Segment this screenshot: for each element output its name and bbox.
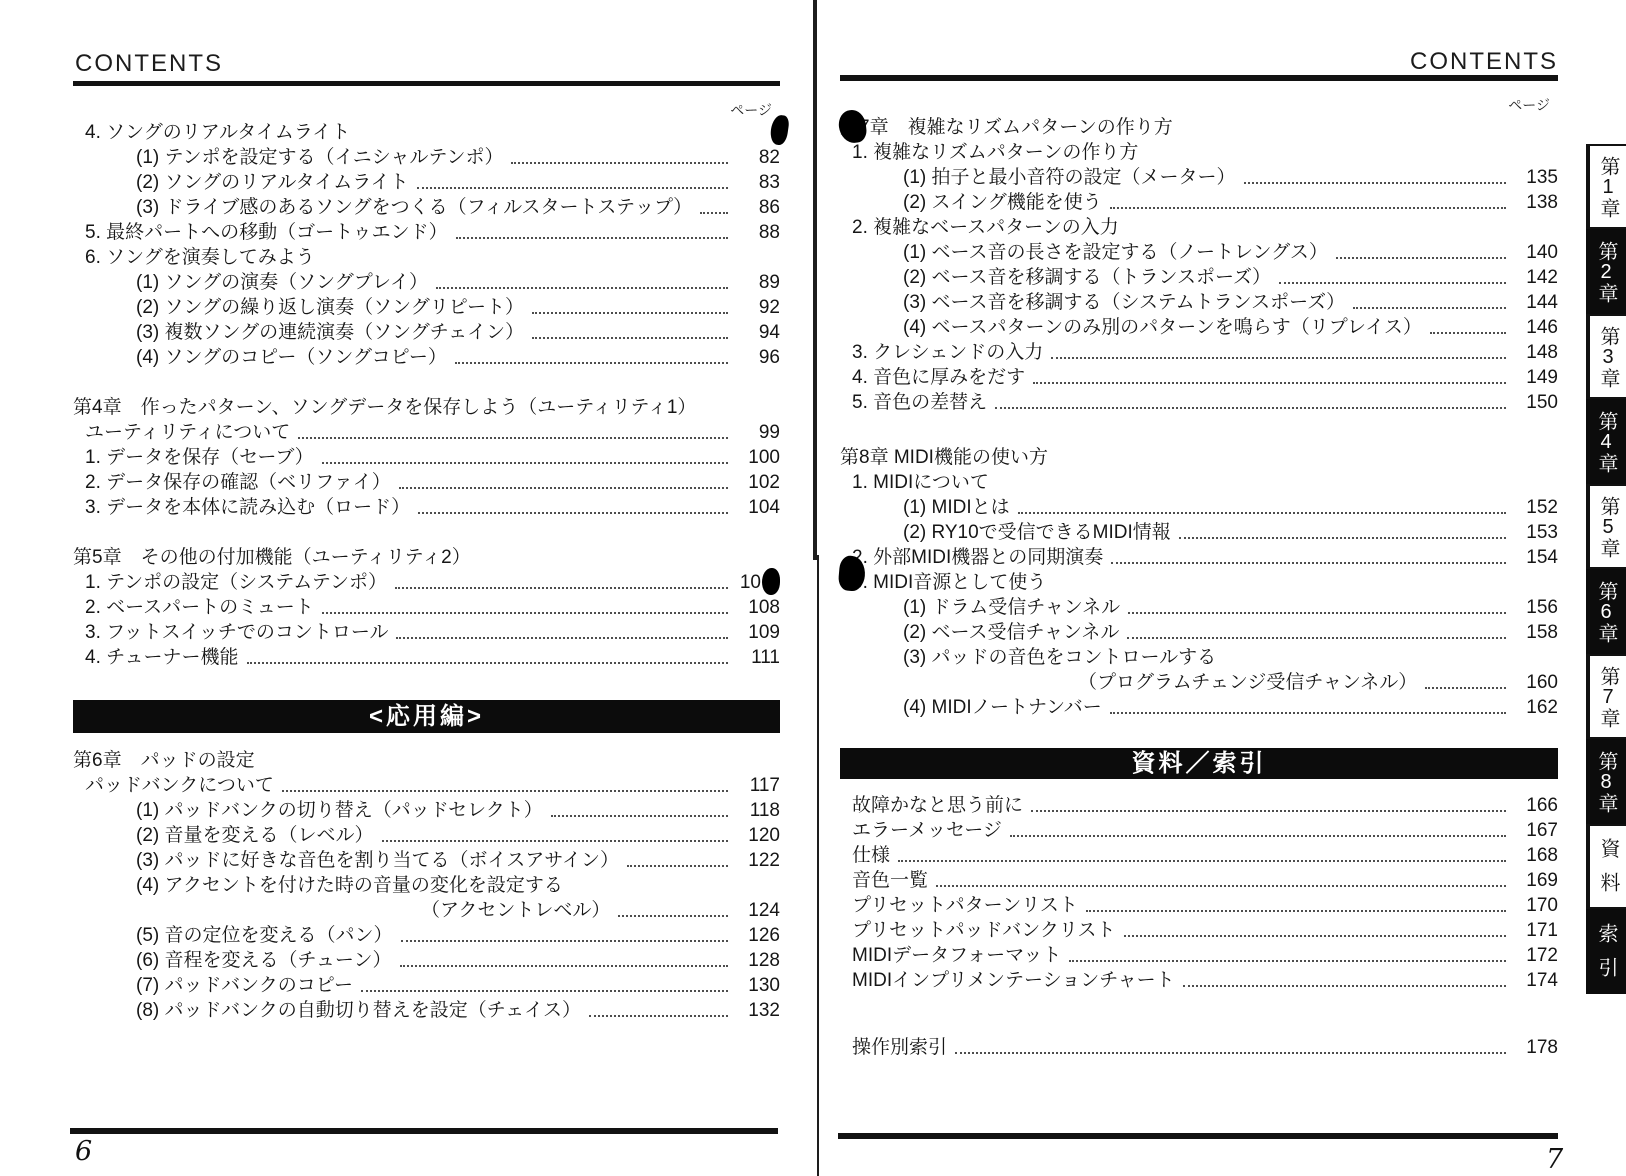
- toc-entry: 4. チューナー機能111: [73, 645, 780, 670]
- dot-leader: [1128, 612, 1506, 614]
- toc-entry-label: パッドバンクについて: [73, 773, 274, 798]
- toc-list: 4. ソングのリアルタイムライト(1) テンポを設定する（イニシャルテンポ）82…: [73, 120, 780, 1023]
- toc-entry-label: 1. MIDIについて: [840, 470, 989, 495]
- toc-entry: （アクセントレベル）124: [73, 898, 780, 923]
- toc-entry-label: 故障かなと思う前に: [840, 793, 1023, 818]
- dot-leader: [1051, 357, 1506, 359]
- dot-leader: [551, 815, 728, 817]
- chapter-tab-rail: 第1章第2章第3章第4章第5章第6章第7章第8章資料索引: [1586, 144, 1626, 994]
- toc-entry: (2) ソングのリアルタイムライト83: [73, 170, 780, 195]
- toc-page-number: 166: [1514, 793, 1558, 818]
- toc-page-number: 146: [1514, 315, 1558, 340]
- toc-entry: 2. データ保存の確認（ベリファイ）102: [73, 470, 780, 495]
- toc-entry-label: プリセットパターンリスト: [840, 893, 1078, 918]
- dot-leader: [898, 860, 1506, 862]
- page-title: CONTENTS: [75, 50, 223, 78]
- folio-number: 7: [1546, 1144, 1563, 1175]
- toc-page-number: 124: [736, 898, 780, 923]
- toc-page-number: 88: [736, 220, 780, 245]
- toc-page-number: 158: [1514, 620, 1558, 645]
- page-title: CONTENTS: [1410, 48, 1558, 76]
- toc-entry-label: (1) パッドバンクの切り替え（パッドセレクト）: [73, 798, 543, 823]
- toc-entry: 1. MIDIについて: [840, 470, 1558, 495]
- dot-leader: [456, 237, 728, 239]
- toc-entry: パッドバンクについて117: [73, 773, 780, 798]
- chapter-tab: 第8章: [1586, 739, 1626, 824]
- toc-entry-label: (2) ベース受信チャンネル: [840, 620, 1119, 645]
- chapter-tab: 第6章: [1586, 569, 1626, 654]
- toc-entry: 第7章 複雑なリズムパターンの作り方: [840, 115, 1558, 140]
- toc-entry: (4) アクセントを付けた時の音量の変化を設定する: [73, 873, 780, 898]
- toc-page-number: 126: [736, 923, 780, 948]
- header-rule: [73, 81, 780, 86]
- dot-leader: [1010, 835, 1506, 837]
- toc-entry-label: 2. 外部MIDI機器との同期演奏: [840, 545, 1103, 570]
- toc-entry: 第4章 作ったパターン、ソングデータを保存しよう（ユーティリティ1）: [73, 395, 780, 420]
- toc-page-number: 167: [1514, 818, 1558, 843]
- toc-entry-label: (1) 拍子と最小音符の設定（メーター）: [840, 165, 1236, 190]
- toc-page-number: 148: [1514, 340, 1558, 365]
- toc-entry-label: （プログラムチェンジ受信チャンネル）: [840, 670, 1417, 695]
- dot-leader: [936, 885, 1506, 887]
- toc-page-number: 169: [1514, 868, 1558, 893]
- toc-entry: 1. 複雑なリズムパターンの作り方: [840, 140, 1558, 165]
- chapter-tab: 索引: [1586, 909, 1626, 994]
- toc-entry-label: (8) パッドバンクの自動切り替えを設定（チェイス）: [73, 998, 581, 1023]
- toc-entry-label: 5. 音色の差替え: [840, 390, 987, 415]
- toc-entry: （プログラムチェンジ受信チャンネル）160: [840, 670, 1558, 695]
- toc-entry-label: (2) ソングの繰り返し演奏（ソングリピート）: [73, 295, 524, 320]
- toc-entry-label: 仕様: [840, 843, 890, 868]
- toc-page-number: 104: [736, 495, 780, 520]
- toc-entry: エラーメッセージ167: [840, 818, 1558, 843]
- dot-leader: [382, 840, 728, 842]
- toc-gap: [840, 415, 1558, 445]
- toc-entry: 1. テンポの設定（システムテンポ）10: [73, 570, 780, 595]
- book-gutter-line: [813, 0, 817, 560]
- toc-gap: [73, 370, 780, 395]
- toc-page-number: 102: [736, 470, 780, 495]
- toc-page-number: 132: [736, 998, 780, 1023]
- toc-entry: (4) MIDIノートナンバー162: [840, 695, 1558, 720]
- dot-leader: [396, 637, 728, 639]
- toc-entry: 操作別索引178: [840, 1035, 1558, 1060]
- dot-leader: [395, 587, 728, 589]
- toc-entry-label: (3) ドライブ感のあるソングをつくる（フィルスタートステップ）: [73, 195, 692, 220]
- toc-page-number: 120: [736, 823, 780, 848]
- toc-entry-label: 第6章 パッドの設定: [73, 748, 255, 773]
- dot-leader: [1086, 910, 1506, 912]
- dot-leader: [436, 287, 728, 289]
- toc-page-number: 170: [1514, 893, 1558, 918]
- dot-leader: [417, 187, 728, 189]
- toc-page-number: 122: [736, 848, 780, 873]
- toc-page-number: 154: [1514, 545, 1558, 570]
- toc-entry: 5. 最終パートへの移動（ゴートゥエンド）88: [73, 220, 780, 245]
- chapter-tab: 第7章: [1586, 654, 1626, 739]
- toc-page-number: 144: [1514, 290, 1558, 315]
- toc-entry: (5) 音の定位を変える（パン）126: [73, 923, 780, 948]
- page-column-label: ページ: [1508, 95, 1550, 115]
- dot-leader: [700, 212, 728, 214]
- footer-rule: [70, 1128, 778, 1134]
- toc-entry: (1) パッドバンクの切り替え（パッドセレクト）118: [73, 798, 780, 823]
- toc-entry: (2) ベース音を移調する（トランスポーズ）142: [840, 265, 1558, 290]
- toc-page-number: 142: [1514, 265, 1558, 290]
- toc-entry-label: 2. データ保存の確認（ベリファイ）: [73, 470, 391, 495]
- toc-entry-label: 第8章 MIDI機能の使い方: [840, 445, 1048, 470]
- toc-entry-label: プリセットパッドバンクリスト: [840, 918, 1116, 943]
- toc-page-number: 153: [1514, 520, 1558, 545]
- footer-rule: [838, 1133, 1558, 1139]
- toc-entry-label: 操作別索引: [840, 1035, 947, 1060]
- toc-gap: [840, 779, 1558, 793]
- toc-entry: 4. 音色に厚みをだす149: [840, 365, 1558, 390]
- toc-page-number: 138: [1514, 190, 1558, 215]
- toc-entry-label: ユーティリティについて: [73, 420, 290, 445]
- toc-entry-label: 5. 最終パートへの移動（ゴートゥエンド）: [73, 220, 448, 245]
- dot-leader: [1336, 257, 1506, 259]
- toc-page-number: 128: [736, 948, 780, 973]
- toc-entry-label: (1) ドラム受信チャンネル: [840, 595, 1120, 620]
- dot-leader: [247, 662, 728, 664]
- chapter-tab: 第3章: [1586, 314, 1626, 399]
- toc-entry-label: MIDIインプリメンテーションチャート: [840, 968, 1175, 993]
- toc-page-number: 10: [736, 568, 780, 595]
- toc-entry-label: 1. データを保存（セーブ）: [73, 445, 314, 470]
- toc-entry-label: 1. 複雑なリズムパターンの作り方: [840, 140, 1138, 165]
- toc-entry-label: エラーメッセージ: [840, 818, 1002, 843]
- toc-entry-label: (1) MIDIとは: [840, 495, 1010, 520]
- toc-entry-label: 第5章 その他の付加機能（ユーティリティ2）: [73, 545, 471, 570]
- toc-entry-label: (3) 複数ソングの連続演奏（ソングチェイン）: [73, 320, 524, 345]
- dot-leader: [322, 462, 728, 464]
- toc-entry-label: (4) ソングのコピー（ソングコピー）: [73, 345, 447, 370]
- dot-leader: [1179, 537, 1506, 539]
- toc-page-number: 140: [1514, 240, 1558, 265]
- toc-page-number: 168: [1514, 843, 1558, 868]
- toc-entry-label: 音色一覧: [840, 868, 928, 893]
- toc-entry-label: 3. データを本体に読み込む（ロード）: [73, 495, 410, 520]
- dot-leader: [1069, 960, 1506, 962]
- scanned-manual-spread: CONTENTS ページ 4. ソングのリアルタイムライト(1) テンポを設定す…: [0, 0, 1626, 1176]
- toc-page-number: 130: [736, 973, 780, 998]
- toc-list: 第7章 複雑なリズムパターンの作り方1. 複雑なリズムパターンの作り方(1) 拍…: [840, 115, 1558, 1060]
- dot-leader: [1018, 512, 1506, 514]
- toc-entry: MIDIデータフォーマット172: [840, 943, 1558, 968]
- toc-entry-label: 第7章 複雑なリズムパターンの作り方: [840, 115, 1173, 140]
- toc-entry: (2) スイング機能を使う138: [840, 190, 1558, 215]
- toc-entry-label: 1. テンポの設定（システムテンポ）: [73, 570, 387, 595]
- toc-page-number: 109: [736, 620, 780, 645]
- toc-page-number: 174: [1514, 968, 1558, 993]
- toc-entry: (3) パッドの音色をコントロールする: [840, 645, 1558, 670]
- toc-entry: (1) テンポを設定する（イニシャルテンポ）82: [73, 145, 780, 170]
- toc-entry: (1) MIDIとは152: [840, 495, 1558, 520]
- toc-entry-label: (1) ベース音の長さを設定する（ノートレングス）: [840, 240, 1328, 265]
- toc-entry-label: (1) ソングの演奏（ソングプレイ）: [73, 270, 428, 295]
- page-column-label: ページ: [730, 100, 772, 120]
- toc-entry: プリセットパターンリスト170: [840, 893, 1558, 918]
- dot-leader: [1430, 332, 1506, 334]
- dot-leader: [532, 337, 728, 339]
- toc-entry-label: (3) パッドに好きな音色を割り当てる（ボイスアサイン）: [73, 848, 619, 873]
- chapter-tab: 第5章: [1586, 484, 1626, 569]
- toc-entry-label: (6) 音程を変える（チューン）: [73, 948, 392, 973]
- toc-page-number: 156: [1514, 595, 1558, 620]
- dot-leader: [1110, 207, 1506, 209]
- dot-leader: [1031, 810, 1506, 812]
- toc-entry: (2) RY10で受信できるMIDI情報153: [840, 520, 1558, 545]
- dot-leader: [1425, 687, 1506, 689]
- toc-entry-label: (4) ベースパターンのみ別のパターンを鳴らす（リプレイス）: [840, 315, 1422, 340]
- toc-entry-label: 4. 音色に厚みをだす: [840, 365, 1025, 390]
- toc-entry: (3) ベース音を移調する（システムトランスポーズ）144: [840, 290, 1558, 315]
- dot-leader: [627, 865, 728, 867]
- toc-entry: (1) ベース音の長さを設定する（ノートレングス）140: [840, 240, 1558, 265]
- toc-page-number: 171: [1514, 918, 1558, 943]
- toc-entry-label: MIDIデータフォーマット: [840, 943, 1061, 968]
- toc-entry-label: 2. 複雑なベースパターンの入力: [840, 215, 1119, 240]
- toc-entry-label: 6. ソングを演奏してみよう: [73, 245, 315, 270]
- toc-page-number: 117: [736, 773, 780, 798]
- chapter-tab: 第1章: [1586, 144, 1626, 229]
- dot-leader: [455, 362, 728, 364]
- toc-page-number: 99: [736, 420, 780, 445]
- dot-leader: [298, 437, 728, 439]
- toc-entry-label: （アクセントレベル）: [73, 898, 610, 923]
- dot-leader: [1124, 935, 1506, 937]
- dot-leader: [1244, 182, 1506, 184]
- toc-page-number: 118: [736, 798, 780, 823]
- dot-leader: [1033, 382, 1506, 384]
- toc-entry: ユーティリティについて99: [73, 420, 780, 445]
- toc-entry-label: 3. クレシェンドの入力: [840, 340, 1043, 365]
- toc-entry-label: (4) アクセントを付けた時の音量の変化を設定する: [73, 873, 563, 898]
- dot-leader: [399, 487, 728, 489]
- folio-number: 6: [75, 1136, 92, 1167]
- toc-entry: MIDIインプリメンテーションチャート174: [840, 968, 1558, 993]
- toc-entry: (2) 音量を変える（レベル）120: [73, 823, 780, 848]
- toc-page-number: 100: [736, 445, 780, 470]
- toc-page-number: 152: [1514, 495, 1558, 520]
- toc-entry: 第6章 パッドの設定: [73, 748, 780, 773]
- toc-page-number: 172: [1514, 943, 1558, 968]
- dot-leader: [322, 612, 728, 614]
- toc-entry-label: (4) MIDIノートナンバー: [840, 695, 1102, 720]
- toc-page-number: 89: [736, 270, 780, 295]
- dot-leader: [1183, 985, 1506, 987]
- toc-entry: (1) ドラム受信チャンネル156: [840, 595, 1558, 620]
- toc-entry: 2. 複雑なベースパターンの入力: [840, 215, 1558, 240]
- toc-entry-label: (3) ベース音を移調する（システムトランスポーズ）: [840, 290, 1345, 315]
- toc-entry: (8) パッドバンクの自動切り替えを設定（チェイス）132: [73, 998, 780, 1023]
- toc-entry-label: 4. ソングのリアルタイムライト: [73, 120, 350, 145]
- dot-leader: [1353, 307, 1506, 309]
- dot-leader: [418, 512, 728, 514]
- toc-entry: 故障かなと思う前に166: [840, 793, 1558, 818]
- toc-page-number: 160: [1514, 670, 1558, 695]
- toc-entry: 6. ソングを演奏してみよう: [73, 245, 780, 270]
- toc-page-number: 135: [1514, 165, 1558, 190]
- dot-leader: [1279, 282, 1506, 284]
- chapter-tab: 資料: [1586, 824, 1626, 909]
- toc-entry: (6) 音程を変える（チューン）128: [73, 948, 780, 973]
- toc-page-number: 82: [736, 145, 780, 170]
- toc-entry-label: (5) 音の定位を変える（パン）: [73, 923, 393, 948]
- toc-entry-label: 第4章 作ったパターン、ソングデータを保存しよう（ユーティリティ1）: [73, 395, 696, 420]
- toc-entry: (4) ベースパターンのみ別のパターンを鳴らす（リプレイス）146: [840, 315, 1558, 340]
- header-rule: [840, 75, 1558, 81]
- dot-leader: [361, 990, 728, 992]
- toc-page-number: 108: [736, 595, 780, 620]
- toc-page-number: 96: [736, 345, 780, 370]
- toc-entry: (2) ソングの繰り返し演奏（ソングリピート）92: [73, 295, 780, 320]
- toc-entry: 3. フットスイッチでのコントロール109: [73, 620, 780, 645]
- toc-entry: 2. 外部MIDI機器との同期演奏154: [840, 545, 1558, 570]
- toc-page-number: 178: [1514, 1035, 1558, 1060]
- section-banner: 資料／索引: [840, 748, 1558, 779]
- dot-leader: [400, 965, 728, 967]
- toc-entry: (1) 拍子と最小音符の設定（メーター）135: [840, 165, 1558, 190]
- toc-entry-label: (2) ソングのリアルタイムライト: [73, 170, 409, 195]
- toc-page-number: 162: [1514, 695, 1558, 720]
- toc-entry-label: 3. MIDI音源として使う: [840, 570, 1046, 595]
- toc-entry-label: 2. ベースパートのミュート: [73, 595, 314, 620]
- toc-entry: プリセットパッドバンクリスト171: [840, 918, 1558, 943]
- toc-entry: 5. 音色の差替え150: [840, 390, 1558, 415]
- toc-gap: [840, 993, 1558, 1035]
- toc-entry-label: 4. チューナー機能: [73, 645, 239, 670]
- punch-hole: [762, 568, 780, 595]
- toc-entry-label: (2) 音量を変える（レベル）: [73, 823, 374, 848]
- dot-leader: [1110, 712, 1506, 714]
- toc-entry: 3. データを本体に読み込む（ロード）104: [73, 495, 780, 520]
- toc-entry: 2. ベースパートのミュート108: [73, 595, 780, 620]
- toc-page-number: 86: [736, 195, 780, 220]
- toc-entry: 仕様168: [840, 843, 1558, 868]
- toc-gap: [73, 733, 780, 748]
- toc-page-number: 92: [736, 295, 780, 320]
- dot-leader: [1111, 562, 1506, 564]
- toc-entry-label: (2) ベース音を移調する（トランスポーズ）: [840, 265, 1271, 290]
- dot-leader: [511, 162, 728, 164]
- book-gutter-line: [817, 555, 819, 1176]
- toc-gap: [73, 520, 780, 545]
- dot-leader: [1127, 637, 1506, 639]
- toc-entry-label: (1) テンポを設定する（イニシャルテンポ）: [73, 145, 503, 170]
- section-banner: <応用編>: [73, 700, 780, 733]
- toc-entry-label: 3. フットスイッチでのコントロール: [73, 620, 388, 645]
- toc-entry: 1. データを保存（セーブ）100: [73, 445, 780, 470]
- toc-gap: [840, 720, 1558, 748]
- dot-leader: [618, 915, 728, 917]
- toc-entry: 第8章 MIDI機能の使い方: [840, 445, 1558, 470]
- toc-entry: (2) ベース受信チャンネル158: [840, 620, 1558, 645]
- dot-leader: [401, 940, 728, 942]
- toc-entry: (1) ソングの演奏（ソングプレイ）89: [73, 270, 780, 295]
- punch-hole: [769, 114, 790, 146]
- chapter-tab: 第2章: [1586, 229, 1626, 314]
- toc-entry-label: (3) パッドの音色をコントロールする: [840, 645, 1216, 670]
- toc-page-number: 94: [736, 320, 780, 345]
- dot-leader: [282, 790, 728, 792]
- chapter-tab: 第4章: [1586, 399, 1626, 484]
- toc-page-number: 111: [736, 645, 780, 670]
- toc-page-number: 83: [736, 170, 780, 195]
- toc-gap: [73, 670, 780, 700]
- toc-entry: 3. MIDI音源として使う: [840, 570, 1558, 595]
- toc-entry: (3) パッドに好きな音色を割り当てる（ボイスアサイン）122: [73, 848, 780, 873]
- toc-entry: (3) 複数ソングの連続演奏（ソングチェイン）94: [73, 320, 780, 345]
- toc-entry: 第5章 その他の付加機能（ユーティリティ2）: [73, 545, 780, 570]
- toc-entry: 音色一覧169: [840, 868, 1558, 893]
- toc-entry: 4. ソングのリアルタイムライト: [73, 120, 780, 145]
- dot-leader: [995, 407, 1506, 409]
- toc-entry-label: (2) RY10で受信できるMIDI情報: [840, 520, 1171, 545]
- toc-entry: (3) ドライブ感のあるソングをつくる（フィルスタートステップ）86: [73, 195, 780, 220]
- toc-entry: (7) パッドバンクのコピー130: [73, 973, 780, 998]
- toc-page-number: 149: [1514, 365, 1558, 390]
- dot-leader: [955, 1052, 1506, 1054]
- toc-page-number: 150: [1514, 390, 1558, 415]
- dot-leader: [532, 312, 728, 314]
- toc-entry-label: (7) パッドバンクのコピー: [73, 973, 353, 998]
- dot-leader: [589, 1015, 728, 1017]
- toc-entry: 3. クレシェンドの入力148: [840, 340, 1558, 365]
- toc-entry: (4) ソングのコピー（ソングコピー）96: [73, 345, 780, 370]
- toc-entry-label: (2) スイング機能を使う: [840, 190, 1102, 215]
